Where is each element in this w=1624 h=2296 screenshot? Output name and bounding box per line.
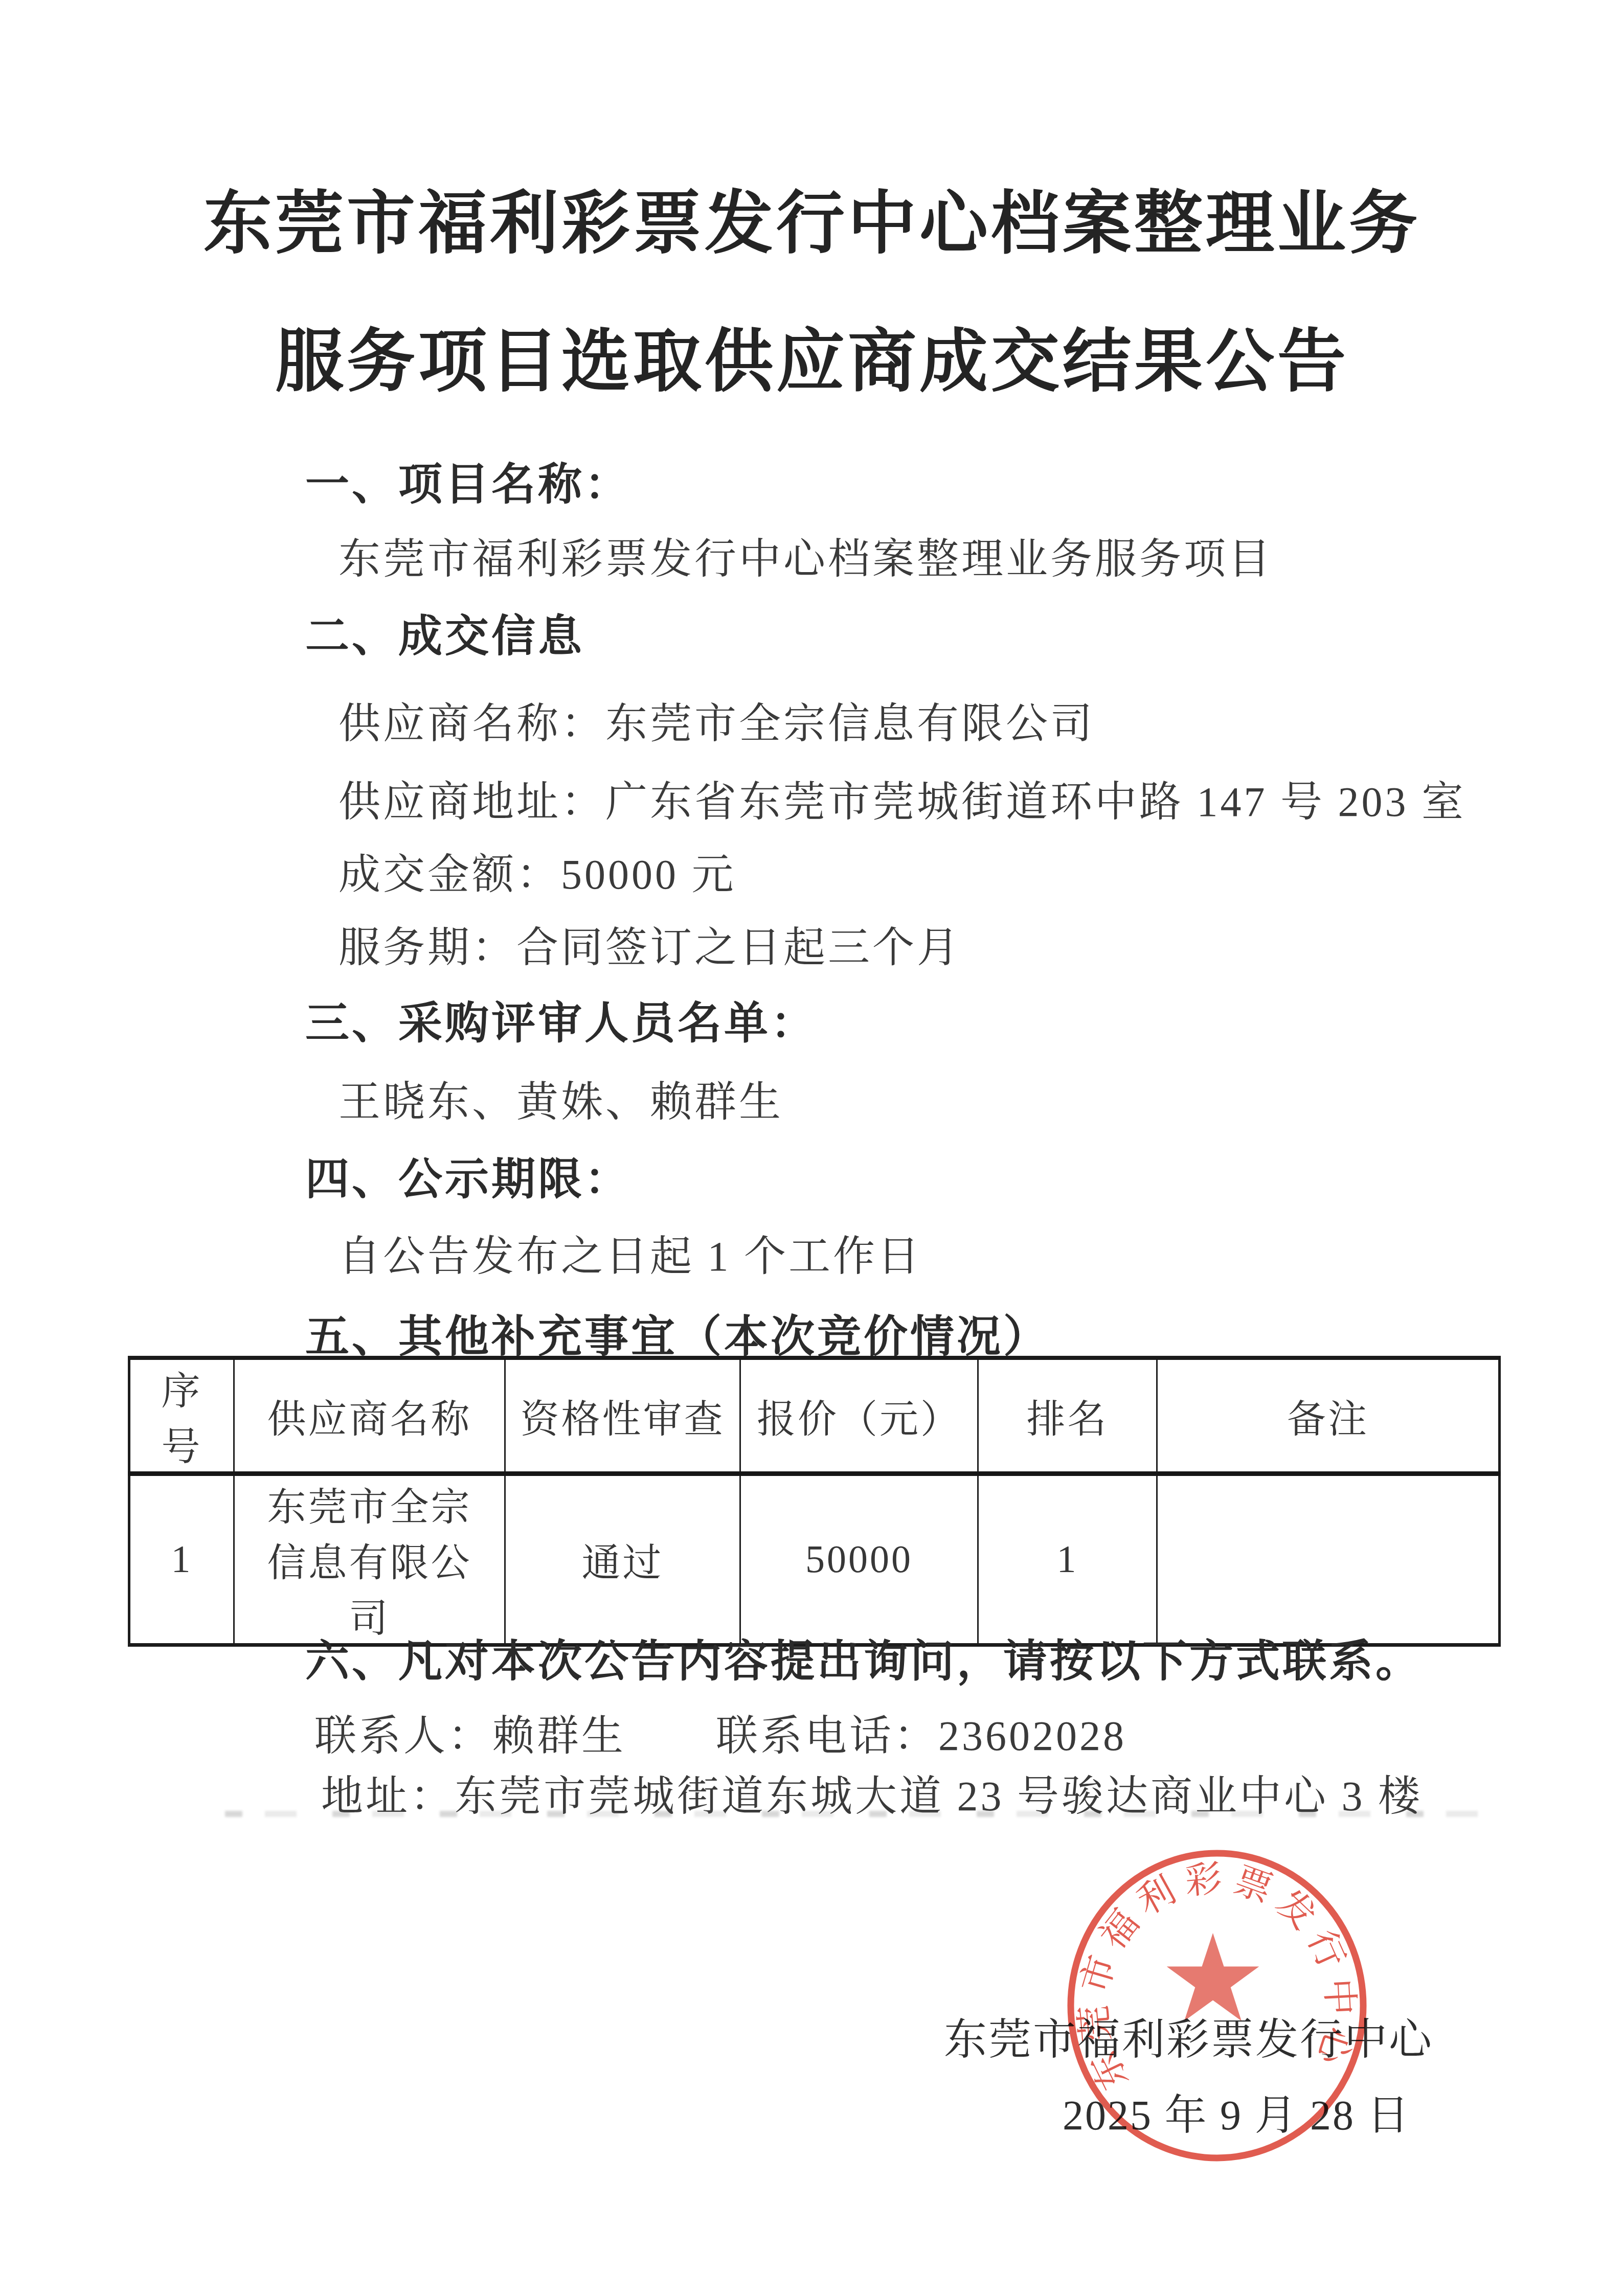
col-header-remark: 备注 <box>1157 1358 1500 1474</box>
contact-person: 联系人：赖群生 <box>314 1702 626 1762</box>
section2-heading: 二、成交信息 <box>305 601 584 664</box>
official-seal: 东莞市福利彩票发行中心 <box>1063 1847 1371 2165</box>
col-header-no: 序号 <box>129 1358 234 1474</box>
reviewer-names: 王晓东、黄姝、赖群生 <box>339 1069 783 1128</box>
document-title-line2: 服务项目选取供应商成交结果公告 <box>0 307 1624 405</box>
cell-rank: 1 <box>978 1474 1157 1645</box>
seal-star-icon <box>1167 1933 1259 2021</box>
scan-noise-band <box>225 1811 1493 1817</box>
cell-remark <box>1157 1474 1500 1645</box>
publicity-period: 自公告发布之日起 1 个工作日 <box>339 1223 922 1283</box>
cell-price: 50000 <box>740 1474 978 1645</box>
deal-amount-line: 成交金额：50000 元 <box>339 841 736 901</box>
document-title-line1: 东莞市福利彩票发行中心档案整理业务 <box>0 169 1624 267</box>
supplier-name-line: 供应商名称：东莞市全宗信息有限公司 <box>339 690 1095 750</box>
section3-heading: 三、采购评审人员名单： <box>305 988 817 1051</box>
announcement-page: 东莞市福利彩票发行中心档案整理业务 服务项目选取供应商成交结果公告 一、项目名称… <box>0 0 1624 2296</box>
col-header-price: 报价（元） <box>740 1358 978 1474</box>
col-header-qualification: 资格性审查 <box>505 1358 740 1474</box>
section6-heading: 六、凡对本次公告内容提出询问，请按以下方式联系。 <box>305 1626 1422 1689</box>
table-row: 1 东莞市全宗信息有限公司 通过 50000 1 <box>129 1474 1500 1645</box>
cell-no: 1 <box>129 1474 234 1645</box>
section1-body: 东莞市福利彩票发行中心档案整理业务服务项目 <box>339 526 1273 585</box>
supplier-address-line: 供应商地址：广东省东莞市莞城街道环中路 147 号 203 室 <box>339 768 1466 828</box>
cell-supplier: 东莞市全宗信息有限公司 <box>234 1474 505 1645</box>
cell-qualification: 通过 <box>505 1474 740 1645</box>
col-header-supplier: 供应商名称 <box>234 1358 505 1474</box>
contact-phone: 联系电话：23602028 <box>716 1702 1126 1762</box>
col-header-rank: 排名 <box>978 1358 1157 1474</box>
service-period-line: 服务期：合同签订之日起三个月 <box>339 914 961 974</box>
section1-heading: 一、项目名称： <box>305 449 631 512</box>
section5-heading: 五、其他补充事宜（本次竞价情况） <box>305 1301 1050 1365</box>
table-header-row: 序号 供应商名称 资格性审查 报价（元） 排名 备注 <box>129 1358 1500 1474</box>
bidding-result-table: 序号 供应商名称 资格性审查 报价（元） 排名 备注 1 东莞市全宗信息有限公司… <box>128 1356 1501 1647</box>
section4-heading: 四、公示期限： <box>305 1144 631 1207</box>
